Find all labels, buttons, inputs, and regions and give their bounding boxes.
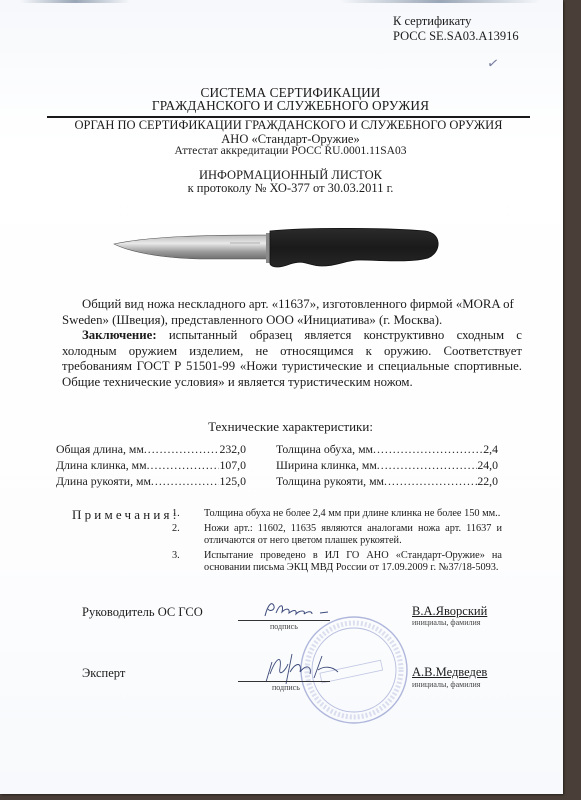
system-title-line2: ГРАЖДАНСКОГО И СЛУЖЕБНОГО ОРУЖИЯ [0,98,581,114]
spec-value: 22,0 [477,473,498,489]
description-paragraph: Общий вид ножа нескладного арт. «11637»,… [82,297,522,328]
conclusion-label: Заключение: [82,328,157,342]
conclusion-paragraph: Заключение: испытанный образец является … [62,328,522,390]
spec-label: Длина рукояти, мм [56,473,151,489]
certificate-reference-number: РОСС SE.SA03.A13916 [393,29,519,44]
knife-image [110,218,440,278]
signature-caption: подпись [272,683,300,692]
signer-name: В.А.Яворский [412,604,487,619]
note-text: Ножи арт.: 11602, 11635 являются аналога… [204,523,502,548]
signer-role: Руководитель ОС ГСО [82,605,203,620]
spec-label: Толщина обуха, мм [276,441,373,457]
note-item: 1. Толщина обуха не более 2,4 мм при дли… [172,508,502,521]
tech-specs-left: Общая длина, мм232,0 Длина клинка, мм107… [56,441,246,489]
note-item: 2. Ножи арт.: 11602, 11635 являются анал… [172,523,502,548]
protocol-reference: к протоколу № ХО-377 от 30.03.2011 г. [0,181,581,196]
document-page: К сертификату РОСС SE.SA03.A13916 ✓ СИСТ… [0,0,563,794]
spec-label: Ширина клинка, мм [276,457,377,473]
certificate-reference: К сертификату РОСС SE.SA03.A13916 [393,14,519,44]
spec-row: Ширина клинка, мм24,0 [276,457,498,473]
note-number: 2. [172,523,204,548]
name-caption: инициалы, фамилия [412,618,480,627]
signature-caption: подпись [270,622,298,631]
signer-role: Эксперт [82,666,125,681]
tech-specs-right: Толщина обуха, мм2,4 Ширина клинка, мм24… [276,441,498,489]
signer-name: А.В.Медведев [412,665,487,680]
spec-label: Длина клинка, мм [56,457,147,473]
certificate-reference-line1: К сертификату [393,14,519,29]
spec-row: Длина рукояти, мм125,0 [56,473,246,489]
spec-row: Общая длина, мм232,0 [56,441,246,457]
signature-icon [262,598,332,620]
note-number: 1. [172,508,204,521]
signature-line [238,681,330,682]
organ-title: ОРГАН ПО СЕРТИФИКАЦИИ ГРАЖДАНСКОГО И СЛУ… [47,118,530,133]
spec-label: Толщина рукояти, мм [276,473,384,489]
notes-label: Примечания: [72,507,180,523]
accreditation-line: Аттестат аккредитации РОСС RU.0001.11SA0… [0,145,581,157]
spec-value: 107,0 [219,457,246,473]
tech-specs-title: Технические характеристики: [0,419,581,435]
spec-value: 125,0 [219,473,246,489]
notes-list: 1. Толщина обуха не более 2,4 мм при дли… [172,508,502,577]
name-caption: инициалы, фамилия [412,680,480,689]
note-number: 3. [172,550,204,575]
handle-icon [270,228,438,267]
spec-row: Длина клинка, мм107,0 [56,457,246,473]
note-text: Испытание проведено в ИЛ ГО АНО «Стандар… [204,550,502,575]
spec-row: Толщина рукояти, мм22,0 [276,473,498,489]
checkmark-icon: ✓ [486,55,501,74]
spec-value: 2,4 [483,441,498,457]
spec-value: 24,0 [477,457,498,473]
note-item: 3. Испытание проведено в ИЛ ГО АНО «Стан… [172,550,502,575]
description-line1: Общий вид ножа нескладного арт. «11637»,… [82,297,514,311]
blade-icon [114,235,268,259]
spec-value: 232,0 [219,441,246,457]
spec-row: Толщина обуха, мм2,4 [276,441,498,457]
signature-icon [262,648,342,688]
note-text: Толщина обуха не более 2,4 мм при длине … [204,508,502,521]
description-line2: Sweden» (Швеция), представленного ООО «И… [62,313,522,329]
signature-line [238,620,330,621]
spec-label: Общая длина, мм [56,441,144,457]
